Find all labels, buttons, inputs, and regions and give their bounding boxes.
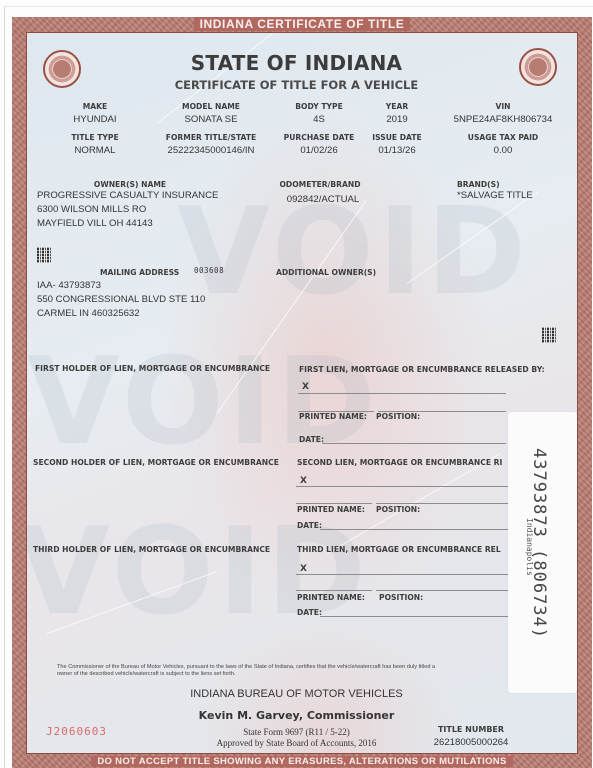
vin-value: 5NPE24AF8KH806734 [454,114,553,125]
sticker-city: Indianapolis [525,518,534,576]
first-lien-sign-mark: X [302,382,309,392]
top-banner: INDIANA CERTIFICATE OF TITLE [12,17,592,32]
owner-line: MAYFIELD VILL OH 44143 [37,218,153,229]
barcode-icon [37,247,51,263]
first-lien-date-label: DATE: [299,435,324,444]
bottom-banner: DO NOT ACCEPT TITLE SHOWING ANY ERASURES… [12,755,592,768]
mailing-line: CARMEL IN 460325632 [37,308,140,319]
first-lien-holder-label: FIRST HOLDER OF LIEN, MORTGAGE OR ENCUMB… [35,364,270,373]
second-lien-release-label: SECOND LIEN, MORTGAGE OR ENCUMBRANCE RI [297,458,502,467]
usage-tax-label: USAGE TAX PAID [468,133,538,142]
second-lien-position-label: POSITION: [376,505,420,514]
second-lien-position-line [376,503,508,504]
third-lien-position-label: POSITION: [379,593,423,602]
mailing-line: IAA- 43793873 [37,280,101,291]
usage-tax-value: 0.00 [494,145,513,156]
second-lien-date-label: DATE: [297,521,322,530]
purchase-date-label: PURCHASE DATE [284,133,355,142]
control-number: J2060603 [46,725,107,738]
mailing-address-label: MAILING ADDRESS [100,268,179,277]
brands-label: BRAND(S) [457,180,500,189]
title-number-label: TITLE NUMBER [438,725,504,734]
mailing-line: 550 CONGRESSIONAL BLVD STE 110 [37,294,205,305]
title-type-label: TITLE TYPE [71,133,118,142]
purchase-date-value: 01/02/26 [300,145,337,156]
third-lien-release-label: THIRD LIEN, MORTGAGE OR ENCUMBRANCE REL [297,545,501,554]
additional-owners-label: ADDITIONAL OWNER(S) [276,268,376,277]
former-title-label: FORMER TITLE/STATE [166,133,256,142]
model-value: SONATA SE [185,114,238,125]
second-lien-name-line [296,503,372,504]
owner-line: PROGRESSIVE CASUALTY INSURANCE [37,190,218,201]
third-lien-date-label: DATE: [297,608,322,617]
bureau-name: INDIANA BUREAU OF MOTOR VEHICLES [0,688,593,700]
first-lien-release-label: FIRST LIEN, MORTGAGE OR ENCUMBRANCE RELE… [299,365,545,374]
first-lien-printed-name-label: PRINTED NAME: [299,412,367,421]
certification-text: The Commissioner of the Bureau of Motor … [57,664,512,678]
document-subtitle: CERTIFICATE OF TITLE FOR A VEHICLE [0,78,593,92]
odometer-label: ODOMETER/BRAND [279,180,360,189]
make-value: HYUNDAI [73,114,116,125]
first-lien-date-line [322,443,506,444]
brands-value: *SALVAGE TITLE [457,190,533,201]
third-lien-position-line [376,590,508,591]
year-label: YEAR [386,102,408,111]
document-title: STATE OF INDIANA [0,51,593,75]
odometer-value: 092842/ACTUAL [287,194,360,205]
second-lien-holder-label: SECOND HOLDER OF LIEN, MORTGAGE OR ENCUM… [33,458,279,467]
issue-date-label: ISSUE DATE [372,133,421,142]
second-lien-signature-line [296,486,508,487]
first-lien-signature-line [298,393,506,394]
owner-label: OWNER(S) NAME [94,180,166,189]
body-type-value: 4S [313,114,325,125]
second-lien-sign-mark: X [300,476,307,486]
model-label: MODEL NAME [182,102,240,111]
former-title-value: 25222345000146/IN [168,145,255,156]
second-lien-printed-name-label: PRINTED NAME: [297,505,365,514]
third-lien-printed-name-label: PRINTED NAME: [297,593,365,602]
commissioner-name: Kevin M. Garvey, Commissioner [0,709,593,722]
make-label: MAKE [83,102,108,111]
issue-date-value: 01/13/26 [378,145,415,156]
title-number-value: 26218005000264 [434,737,509,748]
third-lien-name-line [296,590,372,591]
void-watermark: VOID [27,333,380,472]
body-type-label: BODY TYPE [295,102,343,111]
barcode-icon [542,327,556,343]
third-lien-signature-line [296,574,508,575]
year-value: 2019 [386,114,407,125]
second-lien-date-line [320,529,508,530]
first-lien-position-label: POSITION: [376,412,420,421]
third-lien-holder-label: THIRD HOLDER OF LIEN, MORTGAGE OR ENCUMB… [33,545,270,554]
mailing-code: 003608 [194,266,224,275]
third-lien-date-line [320,616,508,617]
owner-line: 6300 WILSON MILLS RO [37,204,146,215]
vin-label: VIN [495,102,510,111]
title-type-value: NORMAL [74,145,115,156]
third-lien-sign-mark: X [300,564,307,574]
